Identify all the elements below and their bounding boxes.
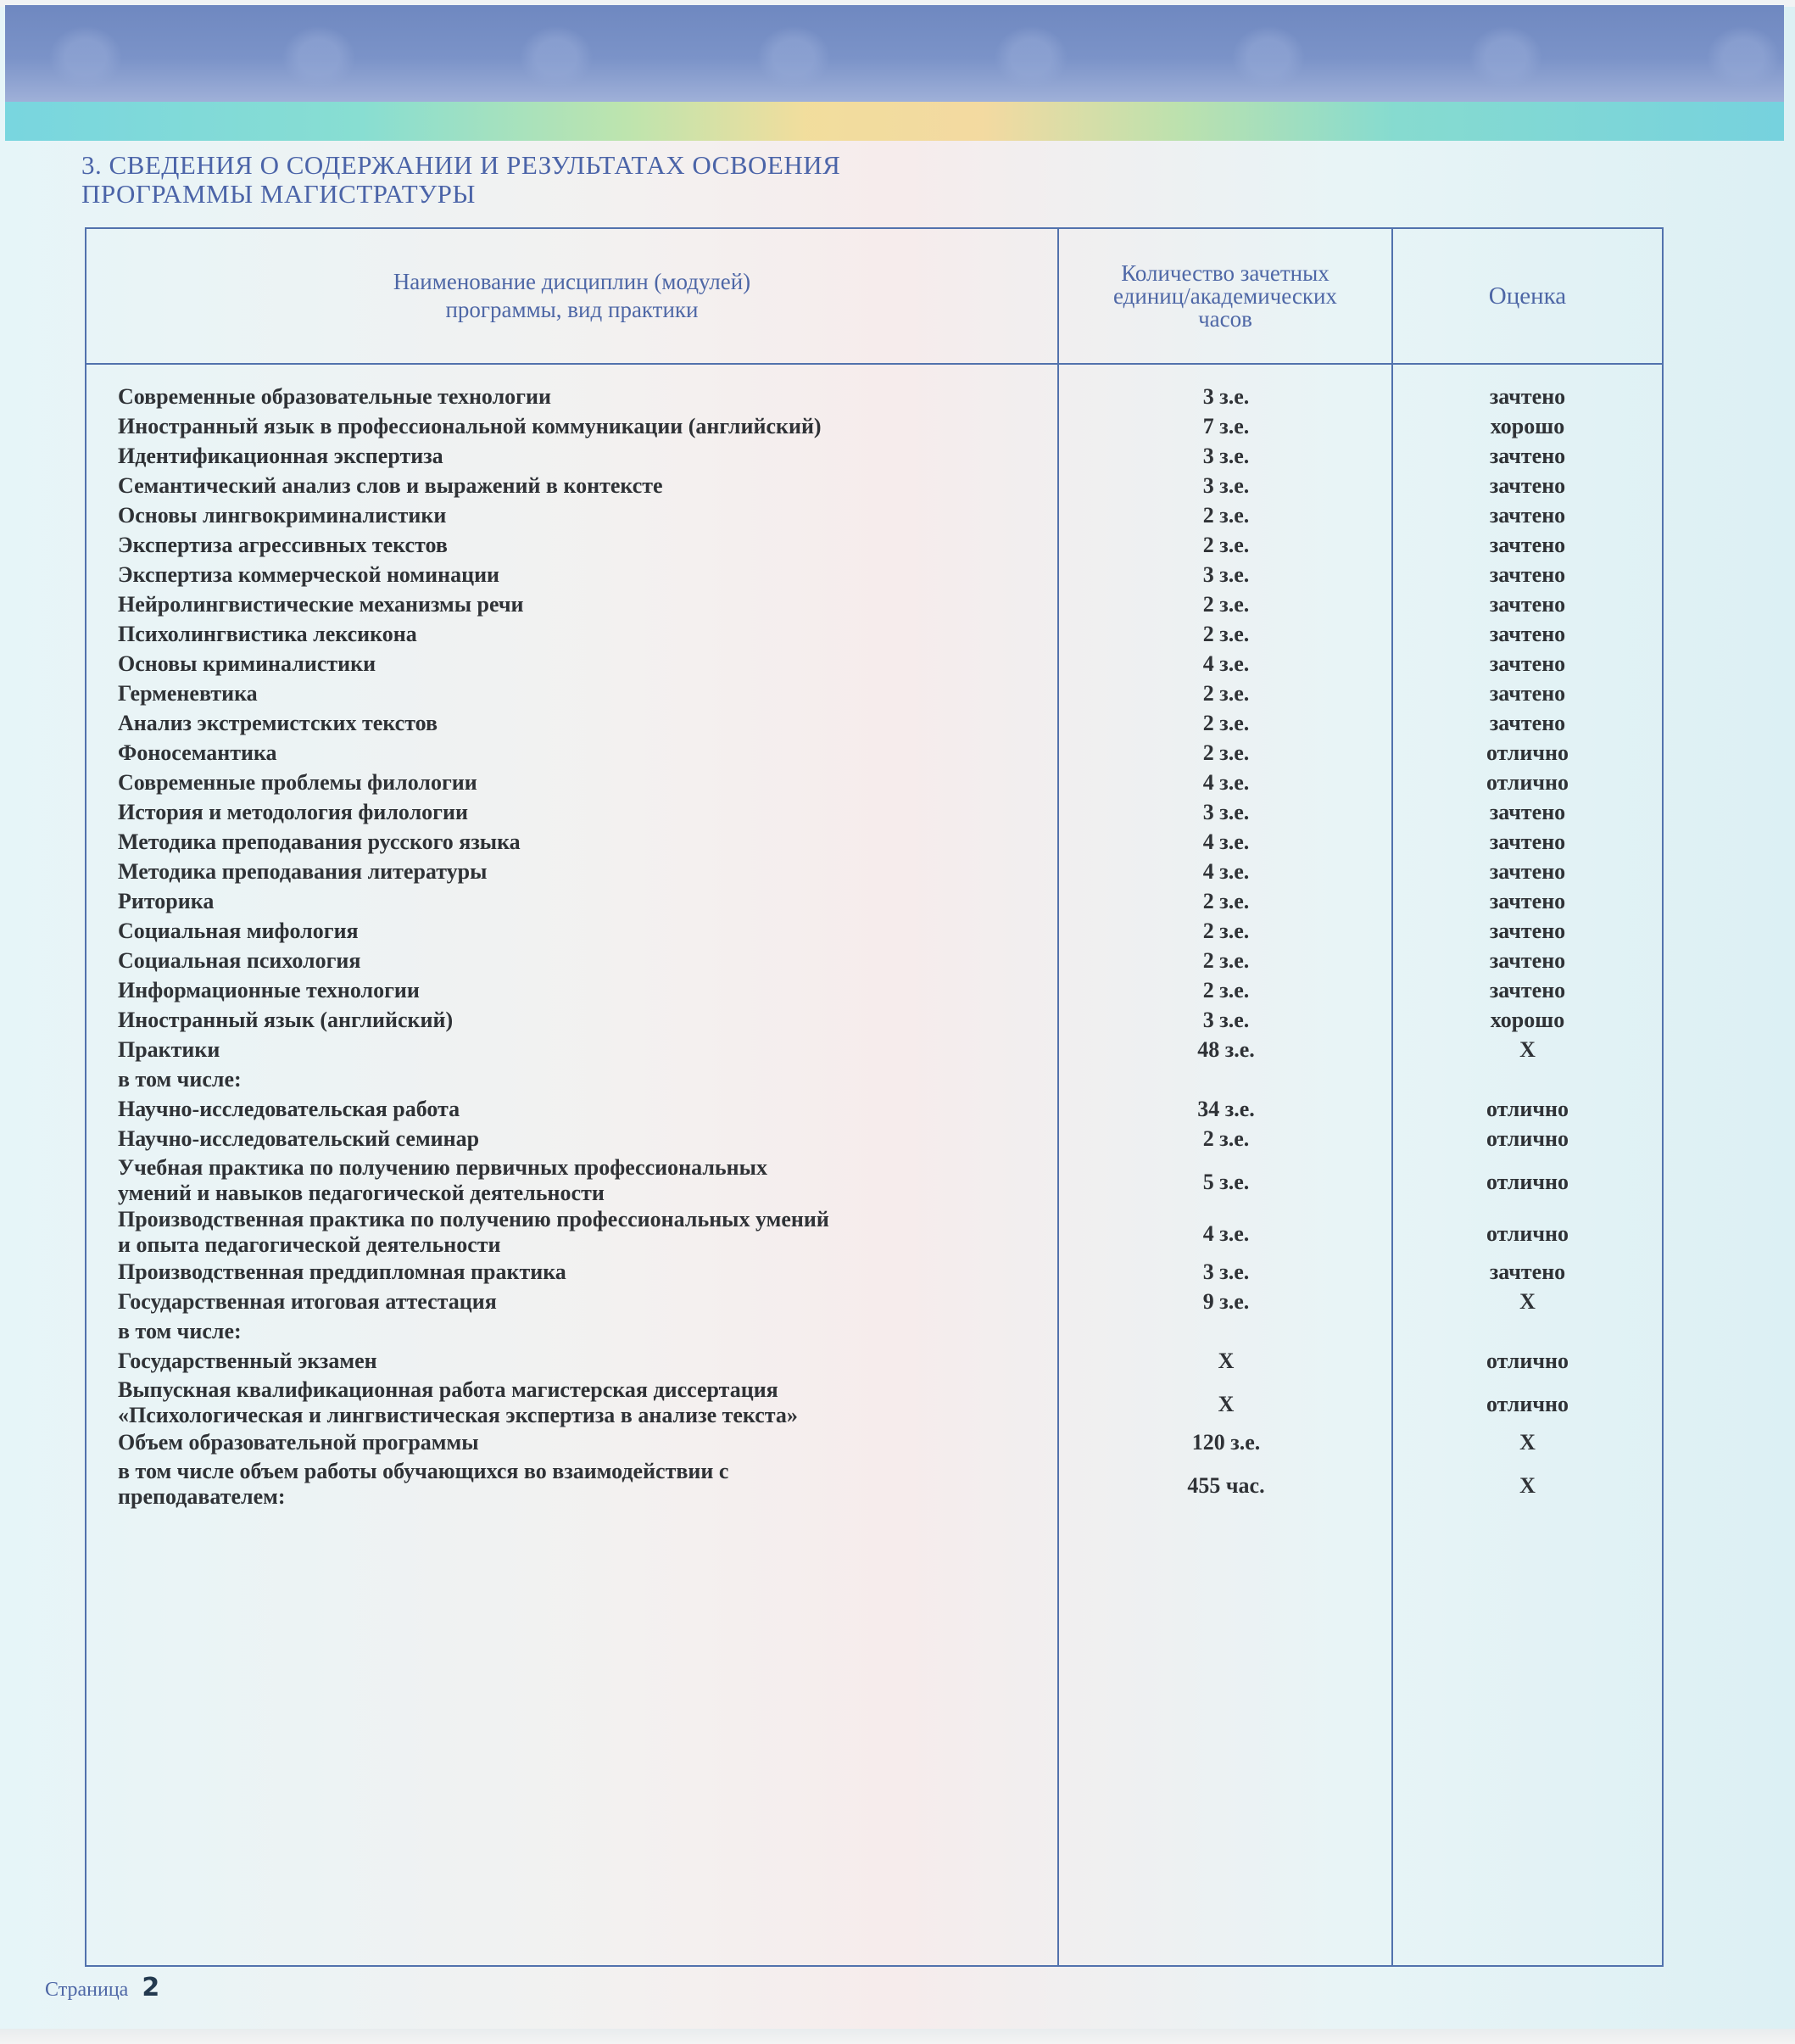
header-grade: Оценка (1393, 229, 1662, 363)
grade-value: отлично (1393, 769, 1662, 796)
header-line: Количество зачетных (1113, 262, 1337, 285)
discipline-name-line: Экспертиза коммерческой номинации (118, 561, 1051, 589)
discipline-name: Практики (118, 1036, 1051, 1064)
discipline-name-line: Основы лингвокриминалистики (118, 502, 1051, 529)
discipline-name: История и методология филологии (118, 799, 1051, 826)
credits-value: 3 з.е. (1060, 1007, 1392, 1034)
discipline-name-line: Методика преподавания литературы (118, 858, 1051, 885)
credits-value: 2 з.е. (1060, 621, 1392, 648)
discipline-name: в том числе: (118, 1066, 1051, 1093)
grade-value: X (1393, 1036, 1662, 1064)
discipline-name-line: Основы криминалистики (118, 651, 1051, 678)
discipline-name-line: Методика преподавания русского языка (118, 829, 1051, 856)
credits-value: 3 з.е. (1060, 472, 1392, 500)
grade-value: зачтено (1393, 680, 1662, 707)
discipline-name-line: Иностранный язык (английский) (118, 1007, 1051, 1034)
discipline-name-line: Научно-исследовательский семинар (118, 1125, 1051, 1153)
header-credits: Количество зачетных единиц/академических… (1059, 229, 1391, 363)
discipline-name-line: Риторика (118, 888, 1051, 915)
discipline-name-line: Идентификационная экспертиза (118, 443, 1051, 470)
discipline-name: Иностранный язык (английский) (118, 1007, 1051, 1034)
grade-value: хорошо (1393, 413, 1662, 440)
credits-value: 2 з.е. (1060, 502, 1392, 529)
grade-value: зачтено (1393, 918, 1662, 945)
discipline-name-line: преподавателем: (118, 1484, 1051, 1510)
discipline-name: в том числе объем работы обучающихся во … (118, 1459, 1051, 1510)
credits-value: 2 з.е. (1060, 888, 1392, 915)
discipline-name: Анализ экстремистских текстов (118, 710, 1051, 737)
credits-value: 4 з.е. (1060, 769, 1392, 796)
credits-value: 4 з.е. (1060, 651, 1392, 678)
credits-value: 2 з.е. (1060, 710, 1392, 737)
section-title-line: ПРОГРАММЫ МАГИСТРАТУРЫ (81, 180, 1014, 209)
credits-value: 2 з.е. (1060, 1125, 1392, 1153)
discipline-name: Производственная преддипломная практика (118, 1259, 1051, 1286)
discipline-name-line: Учебная практика по получению первичных … (118, 1155, 1051, 1181)
decorative-gradient-stripe (5, 102, 1784, 141)
discipline-name: Экспертиза коммерческой номинации (118, 561, 1051, 589)
discipline-name-line: Современные проблемы филологии (118, 769, 1051, 796)
page-bottom-edge (0, 2029, 1795, 2044)
grade-value: зачтено (1393, 710, 1662, 737)
grade-value: зачтено (1393, 472, 1662, 500)
discipline-name-line: Практики (118, 1036, 1051, 1064)
grade-value: отлично (1393, 1220, 1662, 1248)
header-divider (85, 363, 1664, 365)
grade-value: зачтено (1393, 888, 1662, 915)
credits-value: 2 з.е. (1060, 947, 1392, 975)
discipline-name-line: Объем образовательной программы (118, 1429, 1051, 1456)
discipline-name: Фоносемантика (118, 740, 1051, 767)
grade-value: отлично (1393, 1391, 1662, 1418)
grade-value: отлично (1393, 1169, 1662, 1196)
grade-value: зачтено (1393, 532, 1662, 559)
grade-value: X (1393, 1472, 1662, 1499)
grade-value: хорошо (1393, 1007, 1662, 1034)
grade-value: зачтено (1393, 383, 1662, 410)
credits-value: 4 з.е. (1060, 1220, 1392, 1248)
credits-value: 34 з.е. (1060, 1096, 1392, 1123)
credits-value: 9 з.е. (1060, 1288, 1392, 1315)
grade-value: отлично (1393, 1348, 1662, 1375)
discipline-name-line: Информационные технологии (118, 977, 1051, 1004)
grade-value: зачтено (1393, 1259, 1662, 1286)
discipline-name: Учебная практика по получению первичных … (118, 1155, 1051, 1206)
credits-value: 3 з.е. (1060, 799, 1392, 826)
discipline-name-line: Герменевтика (118, 680, 1051, 707)
grade-value: зачтено (1393, 591, 1662, 618)
discipline-name: Объем образовательной программы (118, 1429, 1051, 1456)
discipline-name-line: Социальная психология (118, 947, 1051, 975)
discipline-name-line: Фоносемантика (118, 740, 1051, 767)
header-line: единиц/академических (1113, 285, 1337, 308)
discipline-name-line: Государственная итоговая аттестация (118, 1288, 1051, 1315)
section-title-line: 3. СВЕДЕНИЯ О СОДЕРЖАНИИ И РЕЗУЛЬТАТАХ О… (81, 151, 1014, 180)
credits-value: X (1060, 1391, 1392, 1418)
discipline-name: Основы криминалистики (118, 651, 1051, 678)
discipline-name: Государственный экзамен (118, 1348, 1051, 1375)
credits-value: 2 з.е. (1060, 680, 1392, 707)
discipline-name-line: и опыта педагогической деятельности (118, 1232, 1051, 1258)
grade-value: X (1393, 1288, 1662, 1315)
discipline-name-line: История и методология филологии (118, 799, 1051, 826)
grade-value: зачтено (1393, 977, 1662, 1004)
header-line: программы, вид практики (393, 299, 750, 321)
discipline-name: Государственная итоговая аттестация (118, 1288, 1051, 1315)
column-divider (1057, 227, 1059, 1967)
grade-value: зачтено (1393, 829, 1662, 856)
credits-value: 2 з.е. (1060, 918, 1392, 945)
discipline-name: Выпускная квалификационная работа магист… (118, 1377, 1051, 1428)
discipline-name-line: Выпускная квалификационная работа магист… (118, 1377, 1051, 1403)
discipline-name-line: в том числе: (118, 1066, 1051, 1093)
credits-value: 3 з.е. (1060, 1259, 1392, 1286)
discipline-name-line: Государственный экзамен (118, 1348, 1051, 1375)
discipline-name: Семантический анализ слов и выражений в … (118, 472, 1051, 500)
discipline-name-line: Анализ экстремистских текстов (118, 710, 1051, 737)
credits-value: 455 час. (1060, 1472, 1392, 1499)
discipline-name: Нейролингвистические механизмы речи (118, 591, 1051, 618)
discipline-name: Современные проблемы филологии (118, 769, 1051, 796)
grade-value: зачтено (1393, 443, 1662, 470)
page-label: Страница (45, 1979, 128, 2002)
grade-value: отлично (1393, 1096, 1662, 1123)
credits-value: 2 з.е. (1060, 591, 1392, 618)
discipline-name-line: Производственная практика по получению п… (118, 1207, 1051, 1232)
discipline-name: Идентификационная экспертиза (118, 443, 1051, 470)
page-number: 2 (142, 1973, 159, 2002)
header-discipline-name: Наименование дисциплин (модулей) програм… (86, 229, 1057, 363)
grade-value: зачтено (1393, 947, 1662, 975)
discipline-name-line: Производственная преддипломная практика (118, 1259, 1051, 1286)
discipline-name-line: Экспертиза агрессивных текстов (118, 532, 1051, 559)
grade-value: отлично (1393, 1125, 1662, 1153)
header-line: Наименование дисциплин (модулей) (393, 271, 750, 293)
header-line: часов (1113, 308, 1337, 331)
discipline-name: Социальная психология (118, 947, 1051, 975)
credits-value: 5 з.е. (1060, 1169, 1392, 1196)
grade-value: X (1393, 1429, 1662, 1456)
discipline-name-line: Современные образовательные технологии (118, 383, 1051, 410)
credits-value: 3 з.е. (1060, 383, 1392, 410)
discipline-name-line: Нейролингвистические механизмы речи (118, 591, 1051, 618)
discipline-name-line: Научно-исследовательская работа (118, 1096, 1051, 1123)
section-title: 3. СВЕДЕНИЯ О СОДЕРЖАНИИ И РЕЗУЛЬТАТАХ О… (81, 151, 1014, 209)
credits-value: 48 з.е. (1060, 1036, 1392, 1064)
discipline-name: Экспертиза агрессивных текстов (118, 532, 1051, 559)
decorative-ornament-banner (5, 5, 1784, 102)
discipline-name-line: в том числе: (118, 1318, 1051, 1345)
credits-value: 2 з.е. (1060, 977, 1392, 1004)
credits-value: 2 з.е. (1060, 532, 1392, 559)
discipline-name-line: Семантический анализ слов и выражений в … (118, 472, 1051, 500)
discipline-name: Иностранный язык в профессиональной комм… (118, 413, 1051, 440)
discipline-name: Риторика (118, 888, 1051, 915)
discipline-name: Методика преподавания русского языка (118, 829, 1051, 856)
discipline-name: Научно-исследовательская работа (118, 1096, 1051, 1123)
credits-value: 4 з.е. (1060, 858, 1392, 885)
discipline-name-line: Иностранный язык в профессиональной комм… (118, 413, 1051, 440)
discipline-name: Методика преподавания литературы (118, 858, 1051, 885)
discipline-name: Основы лингвокриминалистики (118, 502, 1051, 529)
discipline-name: Производственная практика по получению п… (118, 1207, 1051, 1258)
grade-value: зачтено (1393, 621, 1662, 648)
discipline-name: Герменевтика (118, 680, 1051, 707)
discipline-name: в том числе: (118, 1318, 1051, 1345)
credits-value: 4 з.е. (1060, 829, 1392, 856)
credits-value: 7 з.е. (1060, 413, 1392, 440)
grade-value: отлично (1393, 740, 1662, 767)
discipline-name-line: Социальная мифология (118, 918, 1051, 945)
grade-value: зачтено (1393, 858, 1662, 885)
discipline-name: Социальная мифология (118, 918, 1051, 945)
discipline-name-line: Психолингвистика лексикона (118, 621, 1051, 648)
discipline-name: Психолингвистика лексикона (118, 621, 1051, 648)
credits-value: X (1060, 1348, 1392, 1375)
discipline-name-line: в том числе объем работы обучающихся во … (118, 1459, 1051, 1484)
discipline-name: Современные образовательные технологии (118, 383, 1051, 410)
discipline-name: Информационные технологии (118, 977, 1051, 1004)
credits-value: 120 з.е. (1060, 1429, 1392, 1456)
discipline-name: Научно-исследовательский семинар (118, 1125, 1051, 1153)
grade-value: зачтено (1393, 651, 1662, 678)
credits-value: 3 з.е. (1060, 443, 1392, 470)
credits-value: 3 з.е. (1060, 561, 1392, 589)
grade-value: зачтено (1393, 799, 1662, 826)
page-footer: Страница 2 (45, 1973, 159, 2002)
credits-value: 2 з.е. (1060, 740, 1392, 767)
grade-value: зачтено (1393, 561, 1662, 589)
discipline-name-line: «Психологическая и лингвистическая экспе… (118, 1403, 1051, 1428)
grade-value: зачтено (1393, 502, 1662, 529)
discipline-name-line: умений и навыков педагогической деятельн… (118, 1181, 1051, 1206)
